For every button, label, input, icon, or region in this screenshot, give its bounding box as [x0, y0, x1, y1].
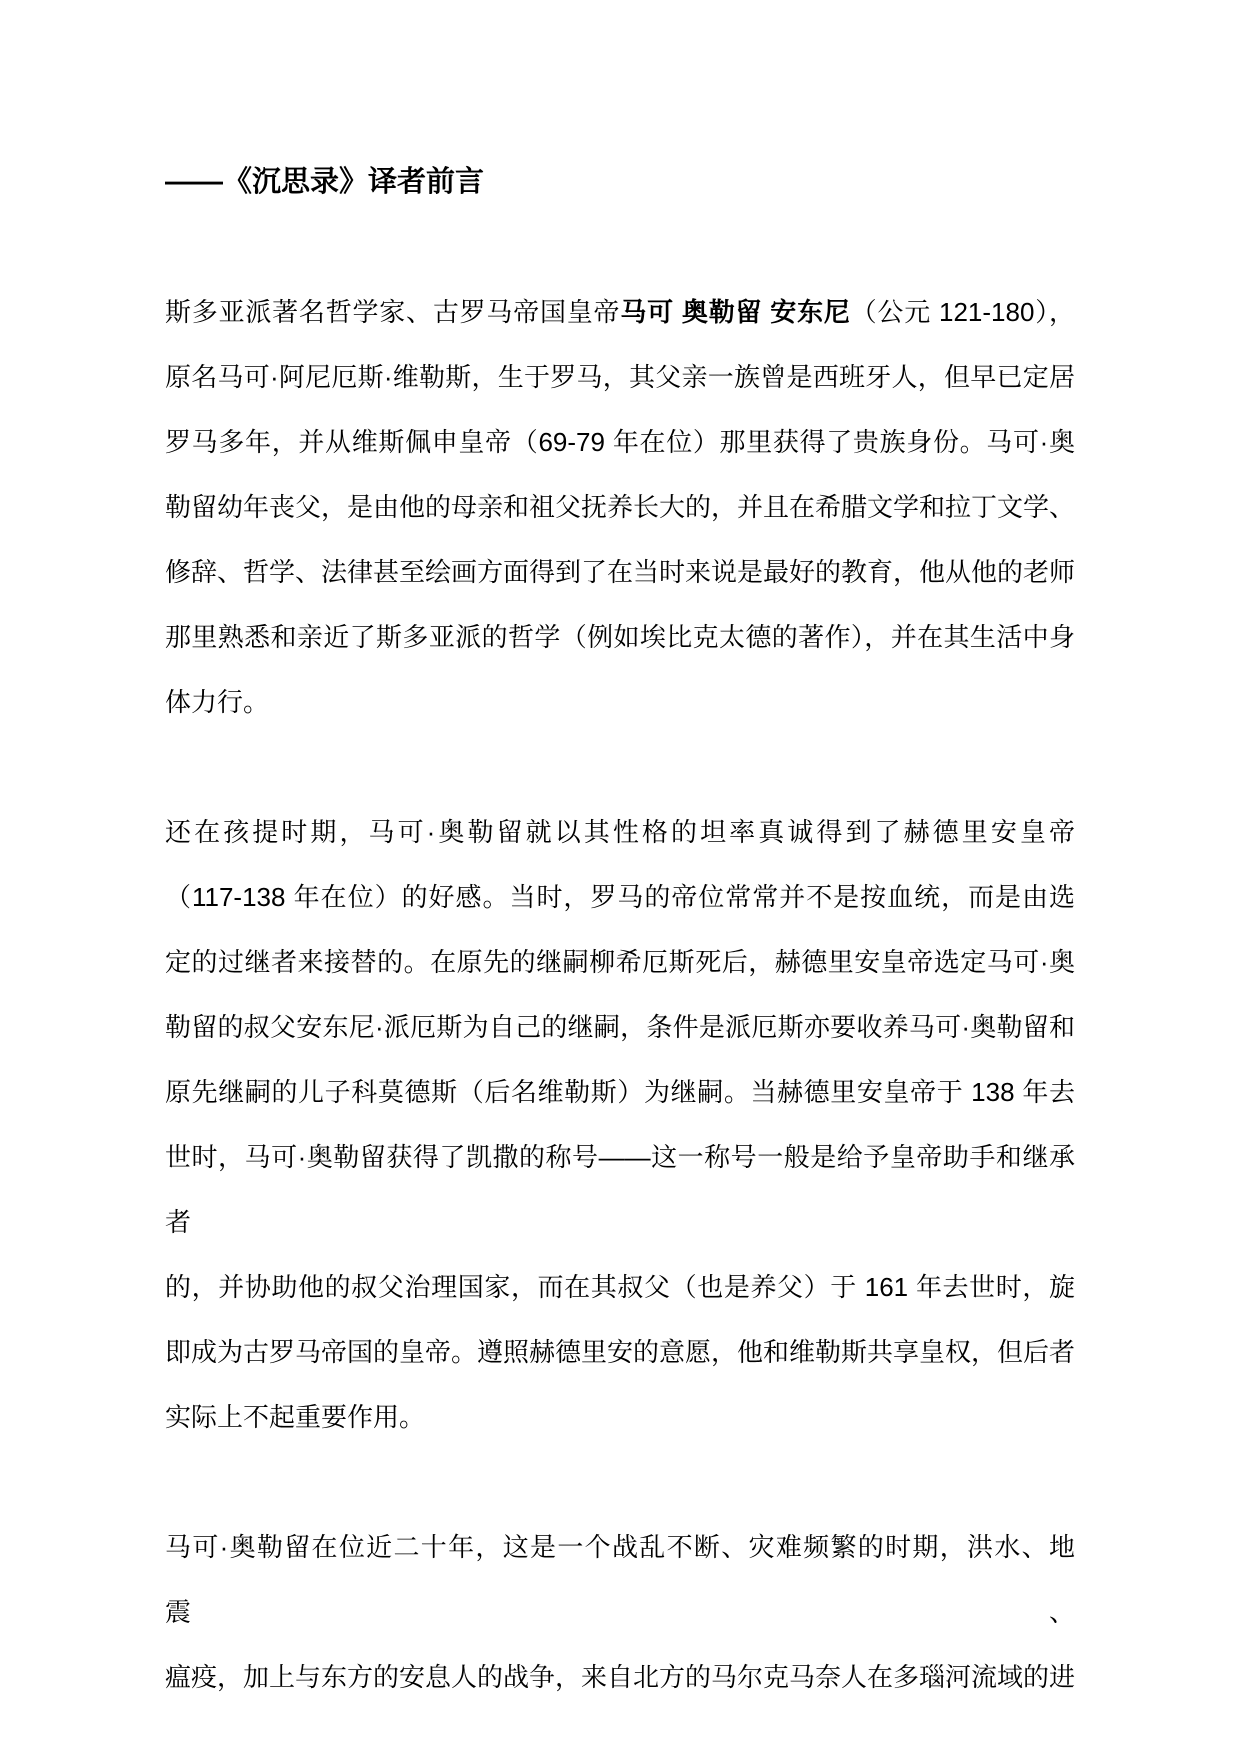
text-line: 勒留幼年丧父，是由他的母亲和祖父抚养长大的，并且在希腊文学和拉丁文学、	[165, 475, 1075, 540]
text-segment: 即成为古罗马帝国的皇帝。遵照赫德里安的意愿，他和维勒斯共享皇权，但后者	[165, 1337, 1075, 1367]
text-line: 世时，马可·奥勒留获得了凯撒的称号——这一称号一般是给予皇帝助手和继承者	[165, 1125, 1075, 1255]
text-line: 还在孩提时期，马可·奥勒留就以其性格的坦率真诚得到了赫德里安皇帝	[165, 800, 1075, 865]
text-line: 瘟疫，加上与东方的安息人的战争，来自北方的马尔克马奈人在多瑙河流域的进	[165, 1645, 1075, 1710]
text-line: 原名马可·阿尼厄斯·维勒斯，生于罗马，其父亲一族曾是西班牙人，但早已定居	[165, 345, 1075, 410]
text-segment: 世时，马可·奥勒留获得了凯撒的称号——这一称号一般是给予皇帝助手和继承者	[165, 1142, 1075, 1237]
text-line: 即成为古罗马帝国的皇帝。遵照赫德里安的意愿，他和维勒斯共享皇权，但后者	[165, 1320, 1075, 1385]
text-segment: 勒留的叔父安东尼·派厄斯为自己的继嗣，条件是派厄斯亦要收养马可·奥勒留和	[165, 1012, 1075, 1042]
document-page: ——《沉思录》译者前言 斯多亚派著名哲学家、古罗马帝国皇帝马可 奥勒留 安东尼（…	[0, 0, 1240, 1755]
text-line: 的，并协助他的叔父治理国家，而在其叔父（也是养父）于 161 年去世时，旋	[165, 1255, 1075, 1320]
text-line: （117-138 年在位）的好感。当时，罗马的帝位常常并不是按血统，而是由选	[165, 865, 1075, 930]
text-segment: 马可·奥勒留在位近二十年，这是一个战乱不断、灾难频繁的时期，洪水、地震、	[165, 1532, 1075, 1627]
text-segment: 原名马可·阿尼厄斯·维勒斯，生于罗马，其父亲一族曾是西班牙人，但早已定居	[165, 362, 1075, 392]
text-segment: 原先继嗣的儿子科莫德斯（后名维勒斯）为继嗣。当赫德里安皇帝于 138 年去	[165, 1077, 1075, 1107]
text-line: 罗马多年，并从维斯佩申皇帝（69-79 年在位）那里获得了贵族身份。马可·奥	[165, 410, 1075, 475]
text-segment: 瘟疫，加上与东方的安息人的战争，来自北方的马尔克马奈人在多瑙河流域的进	[165, 1662, 1075, 1692]
text-line: 实际上不起重要作用。	[165, 1385, 1075, 1450]
text-line: 勒留的叔父安东尼·派厄斯为自己的继嗣，条件是派厄斯亦要收养马可·奥勒留和	[165, 995, 1075, 1060]
document-body: 斯多亚派著名哲学家、古罗马帝国皇帝马可 奥勒留 安东尼（公元 121-180），…	[165, 280, 1075, 1710]
text-segment: 那里熟悉和亲近了斯多亚派的哲学（例如埃比克太德的著作），并在其生活中身	[165, 622, 1075, 652]
text-line: 那里熟悉和亲近了斯多亚派的哲学（例如埃比克太德的著作），并在其生活中身	[165, 605, 1075, 670]
text-line: 斯多亚派著名哲学家、古罗马帝国皇帝马可 奥勒留 安东尼（公元 121-180），	[165, 280, 1075, 345]
document-content: ——《沉思录》译者前言 斯多亚派著名哲学家、古罗马帝国皇帝马可 奥勒留 安东尼（…	[0, 0, 1240, 1710]
text-segment: 定的过继者来接替的。在原先的继嗣柳希厄斯死后，赫德里安皇帝选定马可·奥	[165, 947, 1075, 977]
text-segment: 实际上不起重要作用。	[165, 1402, 425, 1432]
text-segment: 勒留幼年丧父，是由他的母亲和祖父抚养长大的，并且在希腊文学和拉丁文学、	[165, 492, 1075, 522]
paragraph: 马可·奥勒留在位近二十年，这是一个战乱不断、灾难频繁的时期，洪水、地震、瘟疫，加…	[165, 1515, 1075, 1710]
text-segment: 还在孩提时期，马可·奥勒留就以其性格的坦率真诚得到了赫德里安皇帝	[165, 817, 1075, 847]
text-segment: 体力行。	[165, 687, 269, 717]
text-line: 定的过继者来接替的。在原先的继嗣柳希厄斯死后，赫德里安皇帝选定马可·奥	[165, 930, 1075, 995]
text-segment: 斯多亚派著名哲学家、古罗马帝国皇帝	[165, 297, 620, 327]
paragraph: 斯多亚派著名哲学家、古罗马帝国皇帝马可 奥勒留 安东尼（公元 121-180），…	[165, 280, 1075, 735]
text-segment: （117-138 年在位）的好感。当时，罗马的帝位常常并不是按血统，而是由选	[165, 882, 1075, 912]
text-line: 体力行。	[165, 670, 1075, 735]
document-heading: ——《沉思录》译者前言	[165, 150, 1075, 215]
text-line: 修辞、哲学、法律甚至绘画方面得到了在当时来说是最好的教育，他从他的老师	[165, 540, 1075, 605]
bold-text-segment: 马可 奥勒留 安东尼	[620, 297, 850, 327]
paragraph: 还在孩提时期，马可·奥勒留就以其性格的坦率真诚得到了赫德里安皇帝（117-138…	[165, 800, 1075, 1450]
text-segment: 的，并协助他的叔父治理国家，而在其叔父（也是养父）于 161 年去世时，旋	[165, 1272, 1075, 1302]
text-segment: 罗马多年，并从维斯佩申皇帝（69-79 年在位）那里获得了贵族身份。马可·奥	[165, 427, 1075, 457]
text-line: 原先继嗣的儿子科莫德斯（后名维勒斯）为继嗣。当赫德里安皇帝于 138 年去	[165, 1060, 1075, 1125]
text-line: 马可·奥勒留在位近二十年，这是一个战乱不断、灾难频繁的时期，洪水、地震、	[165, 1515, 1075, 1645]
text-segment: （公元 121-180），	[851, 297, 1075, 327]
text-segment: 修辞、哲学、法律甚至绘画方面得到了在当时来说是最好的教育，他从他的老师	[165, 557, 1075, 587]
